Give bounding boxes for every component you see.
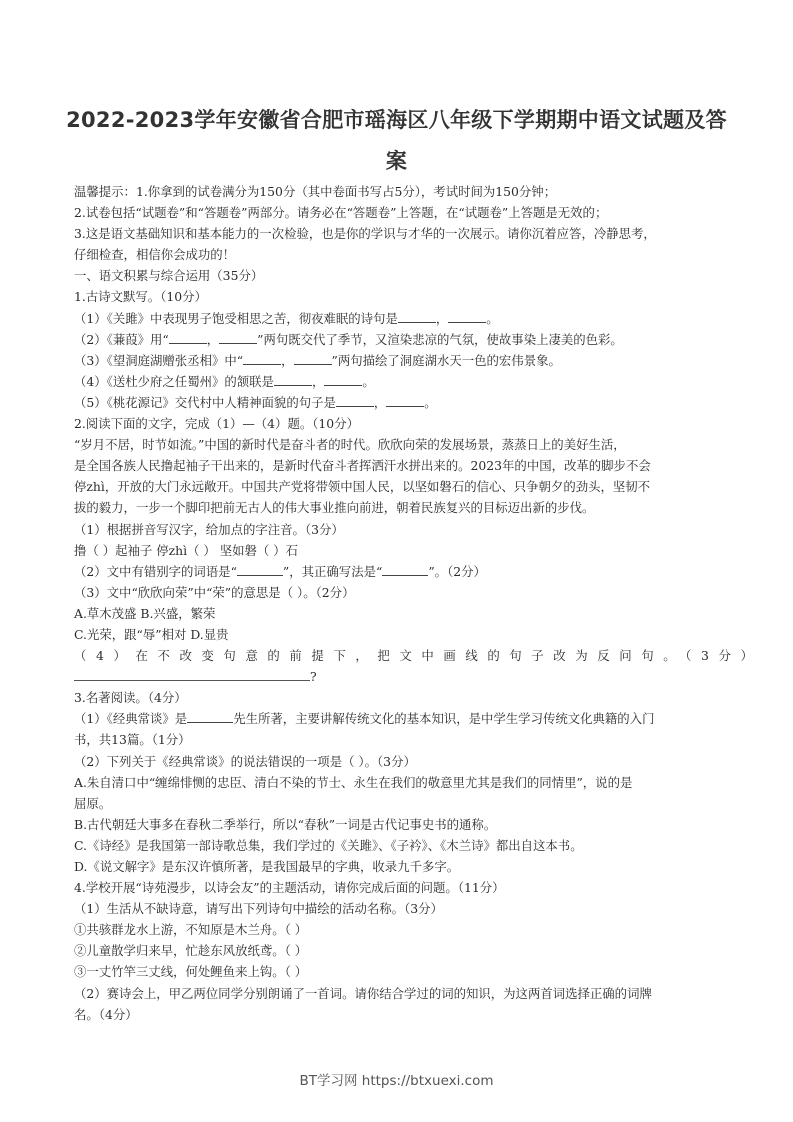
notice-line: 仔细检查，相信你会成功的！	[74, 244, 724, 265]
question-item: （5）《桃花源记》交代村中人精神面貌的句子是，。	[74, 392, 724, 413]
section-heading: 一、语文积累与综合运用（35分）	[74, 265, 724, 286]
item-text: （1）《经典常谈》是	[74, 711, 187, 726]
sub-question: （2）赛诗会上，甲乙两位同学分别朗诵了一首词。请你结合学过的词的知识，为这两首词…	[74, 983, 724, 1004]
answer-blank[interactable]	[386, 394, 424, 407]
answer-blank[interactable]	[219, 331, 257, 344]
question-item: （3）《望洞庭湖赠张丞相》中“，”两句描绘了洞庭湖水天一色的宏伟景象。	[74, 350, 724, 371]
sub-question: （3）文中“欣欣向荣”中“荣”的意思是（ ）。（2分）	[74, 582, 724, 603]
answer-blank[interactable]	[398, 310, 436, 323]
item-text: ，	[374, 395, 386, 410]
footer-watermark: BT学习网 https://btxuexi.com	[0, 1069, 793, 1089]
answer-blank[interactable]	[336, 394, 374, 407]
document-body: 温馨提示：1.你拿到的试卷满分为150分（其中卷面书写占5分），考试时间为150…	[74, 181, 724, 1025]
item-text: ”。（2分）	[428, 564, 486, 579]
answer-blank[interactable]	[448, 310, 486, 323]
sub-question: （4）在不改变句意的前提下，把文中画线的句子改为反问句。（3分）	[74, 645, 724, 666]
question-heading: 1.古诗文默写。（10分）	[74, 286, 724, 307]
answer-blank[interactable]	[294, 352, 332, 365]
item-text: （5）《桃花源记》交代村中人精神面貌的句子是	[74, 395, 336, 410]
sub-question-line: 撸（ ）起袖子 停zhì（ ） 坚如磐（ ）石	[74, 540, 724, 561]
option-line: A.草木茂盛 B.兴盛，繁荣	[74, 603, 724, 624]
item-text: ”，其正确写法是“	[283, 564, 382, 579]
answer-blank[interactable]	[324, 373, 362, 386]
poem-item: ①共骇群龙水上游，不知原是木兰舟。（ ）	[74, 919, 724, 940]
item-text: ，	[207, 332, 219, 347]
item-text: （2）文中有错别字的词语是“	[74, 564, 237, 579]
sub-question: （1）根据拼音写汉字，给加点的字注音。（3分）	[74, 519, 724, 540]
item-text: ，	[281, 353, 293, 368]
answer-blank[interactable]	[382, 563, 428, 576]
item-text: ”两句描绘了洞庭湖水天一色的宏伟景象。	[332, 353, 561, 368]
sub-question: （2）文中有错别字的词语是“”，其正确写法是“”。（2分）	[74, 561, 724, 582]
passage-line: 是全国各族人民撸起袖子干出来的，是新时代奋斗者挥洒汗水拼出来的。2023年的中国…	[74, 455, 724, 476]
answer-blank[interactable]	[187, 710, 233, 723]
item-text: 。	[486, 311, 498, 326]
poem-item: ②儿童散学归来早，忙趁东风放纸鸢。（ ）	[74, 940, 724, 961]
passage-line: 停zhì，开放的大门永远敞开。中国共产党将带领中国人民，以坚如磐石的信心、只争朝…	[74, 476, 724, 497]
passage-line: 拔的毅力，一步一个脚印把前无古人的伟大事业推向前进，朝着民族复兴的目标迈出新的步…	[74, 497, 724, 518]
item-text: ，	[436, 311, 448, 326]
question-item: （1）《关雎》中表现男子饱受相思之苦，彻夜难眠的诗句是，。	[74, 308, 724, 329]
notice-line: 3.这是语文基础知识和基本能力的一次检验，也是你的学识与才华的一次展示。请你沉着…	[74, 223, 724, 244]
option-line: A.朱自清口中“缠绵悱恻的忠臣、清白不染的节士、永生在我们的敬意里尤其是我们的同…	[74, 772, 724, 793]
notice-line: 温馨提示：1.你拿到的试卷满分为150分（其中卷面书写占5分），考试时间为150…	[74, 181, 724, 202]
notice-line: 2.试卷包括“试题卷”和“答题卷”两部分。请务必在“答题卷”上答题，在“试题卷”…	[74, 202, 724, 223]
question-item: （2）《蒹葭》用“，”两句既交代了季节，又渲染悲凉的气氛，使故事染上凄美的色彩。	[74, 329, 724, 350]
question-item: （4）《送杜少府之任蜀州》的颔联是，。	[74, 371, 724, 392]
item-text: 。	[424, 395, 436, 410]
answer-blank[interactable]	[274, 373, 312, 386]
item-text: 先生所著，主要讲解传统文化的基本知识，是中学生学习传统文化典籍的入门	[233, 711, 654, 726]
document-title: 2022-2023学年安徽省合肥市瑶海区八年级下学期期中语文试题及答	[60, 104, 733, 134]
item-text: （1）《关雎》中表现男子饱受相思之苦，彻夜难眠的诗句是	[74, 311, 398, 326]
passage-line: “岁月不居，时节如流。”中国的新时代是奋斗者的时代。欣欣向荣的发展场景，蒸蒸日上…	[74, 434, 724, 455]
item-text: （3）《望洞庭湖赠张丞相》中“	[74, 353, 243, 368]
sub-question: （1）《经典常谈》是先生所著，主要讲解传统文化的基本知识，是中学生学习传统文化典…	[74, 708, 724, 729]
answer-blank[interactable]	[237, 563, 283, 576]
option-line: D.《说文解字》是东汉许慎所著，是我国最早的字典，收录九千多字。	[74, 856, 724, 877]
question-heading: 2.阅读下面的文字，完成（1）—（4）题。（10分）	[74, 413, 724, 434]
item-text: （2）《蒹葭》用“	[74, 332, 169, 347]
sub-question: （1）生活从不缺诗意，请写出下列诗句中描绘的活动名称。（3分）	[74, 898, 724, 919]
poem-item: ③一丈竹竿三丈线，何处鲤鱼来上钩。（ ）	[74, 961, 724, 982]
sub-question-cont: 书，共13篇。（1分）	[74, 729, 724, 750]
item-text: ，	[312, 374, 324, 389]
option-line: 屈原。	[74, 793, 724, 814]
question-heading: 4.学校开展“诗苑漫步，以诗会友”的主题活动，请你完成后面的问题。（11分）	[74, 877, 724, 898]
answer-blank[interactable]	[243, 352, 281, 365]
option-line: C.光荣，跟“辱”相对 D.显贵	[74, 624, 724, 645]
item-text: （4）《送杜少府之任蜀州》的颔联是	[74, 374, 274, 389]
sub-question: （2）下列关于《经典常谈》的说法错误的一项是（ ）。（3分）	[74, 751, 724, 772]
answer-blank[interactable]	[169, 331, 207, 344]
item-text: ”两句既交代了季节，又渲染悲凉的气氛，使故事染上凄美的色彩。	[257, 332, 623, 347]
option-line: B.古代朝廷大事多在春秋二季举行，所以“春秋”一词是古代记事史书的通称。	[74, 814, 724, 835]
question-heading: 3.名著阅读。（4分）	[74, 687, 724, 708]
document-title-continued: 案	[60, 145, 733, 175]
question-mark: ?	[310, 669, 317, 684]
sub-question-cont: 名。（4分）	[74, 1004, 724, 1025]
answer-line[interactable]	[74, 666, 310, 681]
answer-line-row: ?	[74, 666, 724, 687]
option-line: C.《诗经》是我国第一部诗歌总集，我们学过的《关雎》、《子衿》、《木兰诗》都出自…	[74, 835, 724, 856]
item-text: 。	[362, 374, 374, 389]
